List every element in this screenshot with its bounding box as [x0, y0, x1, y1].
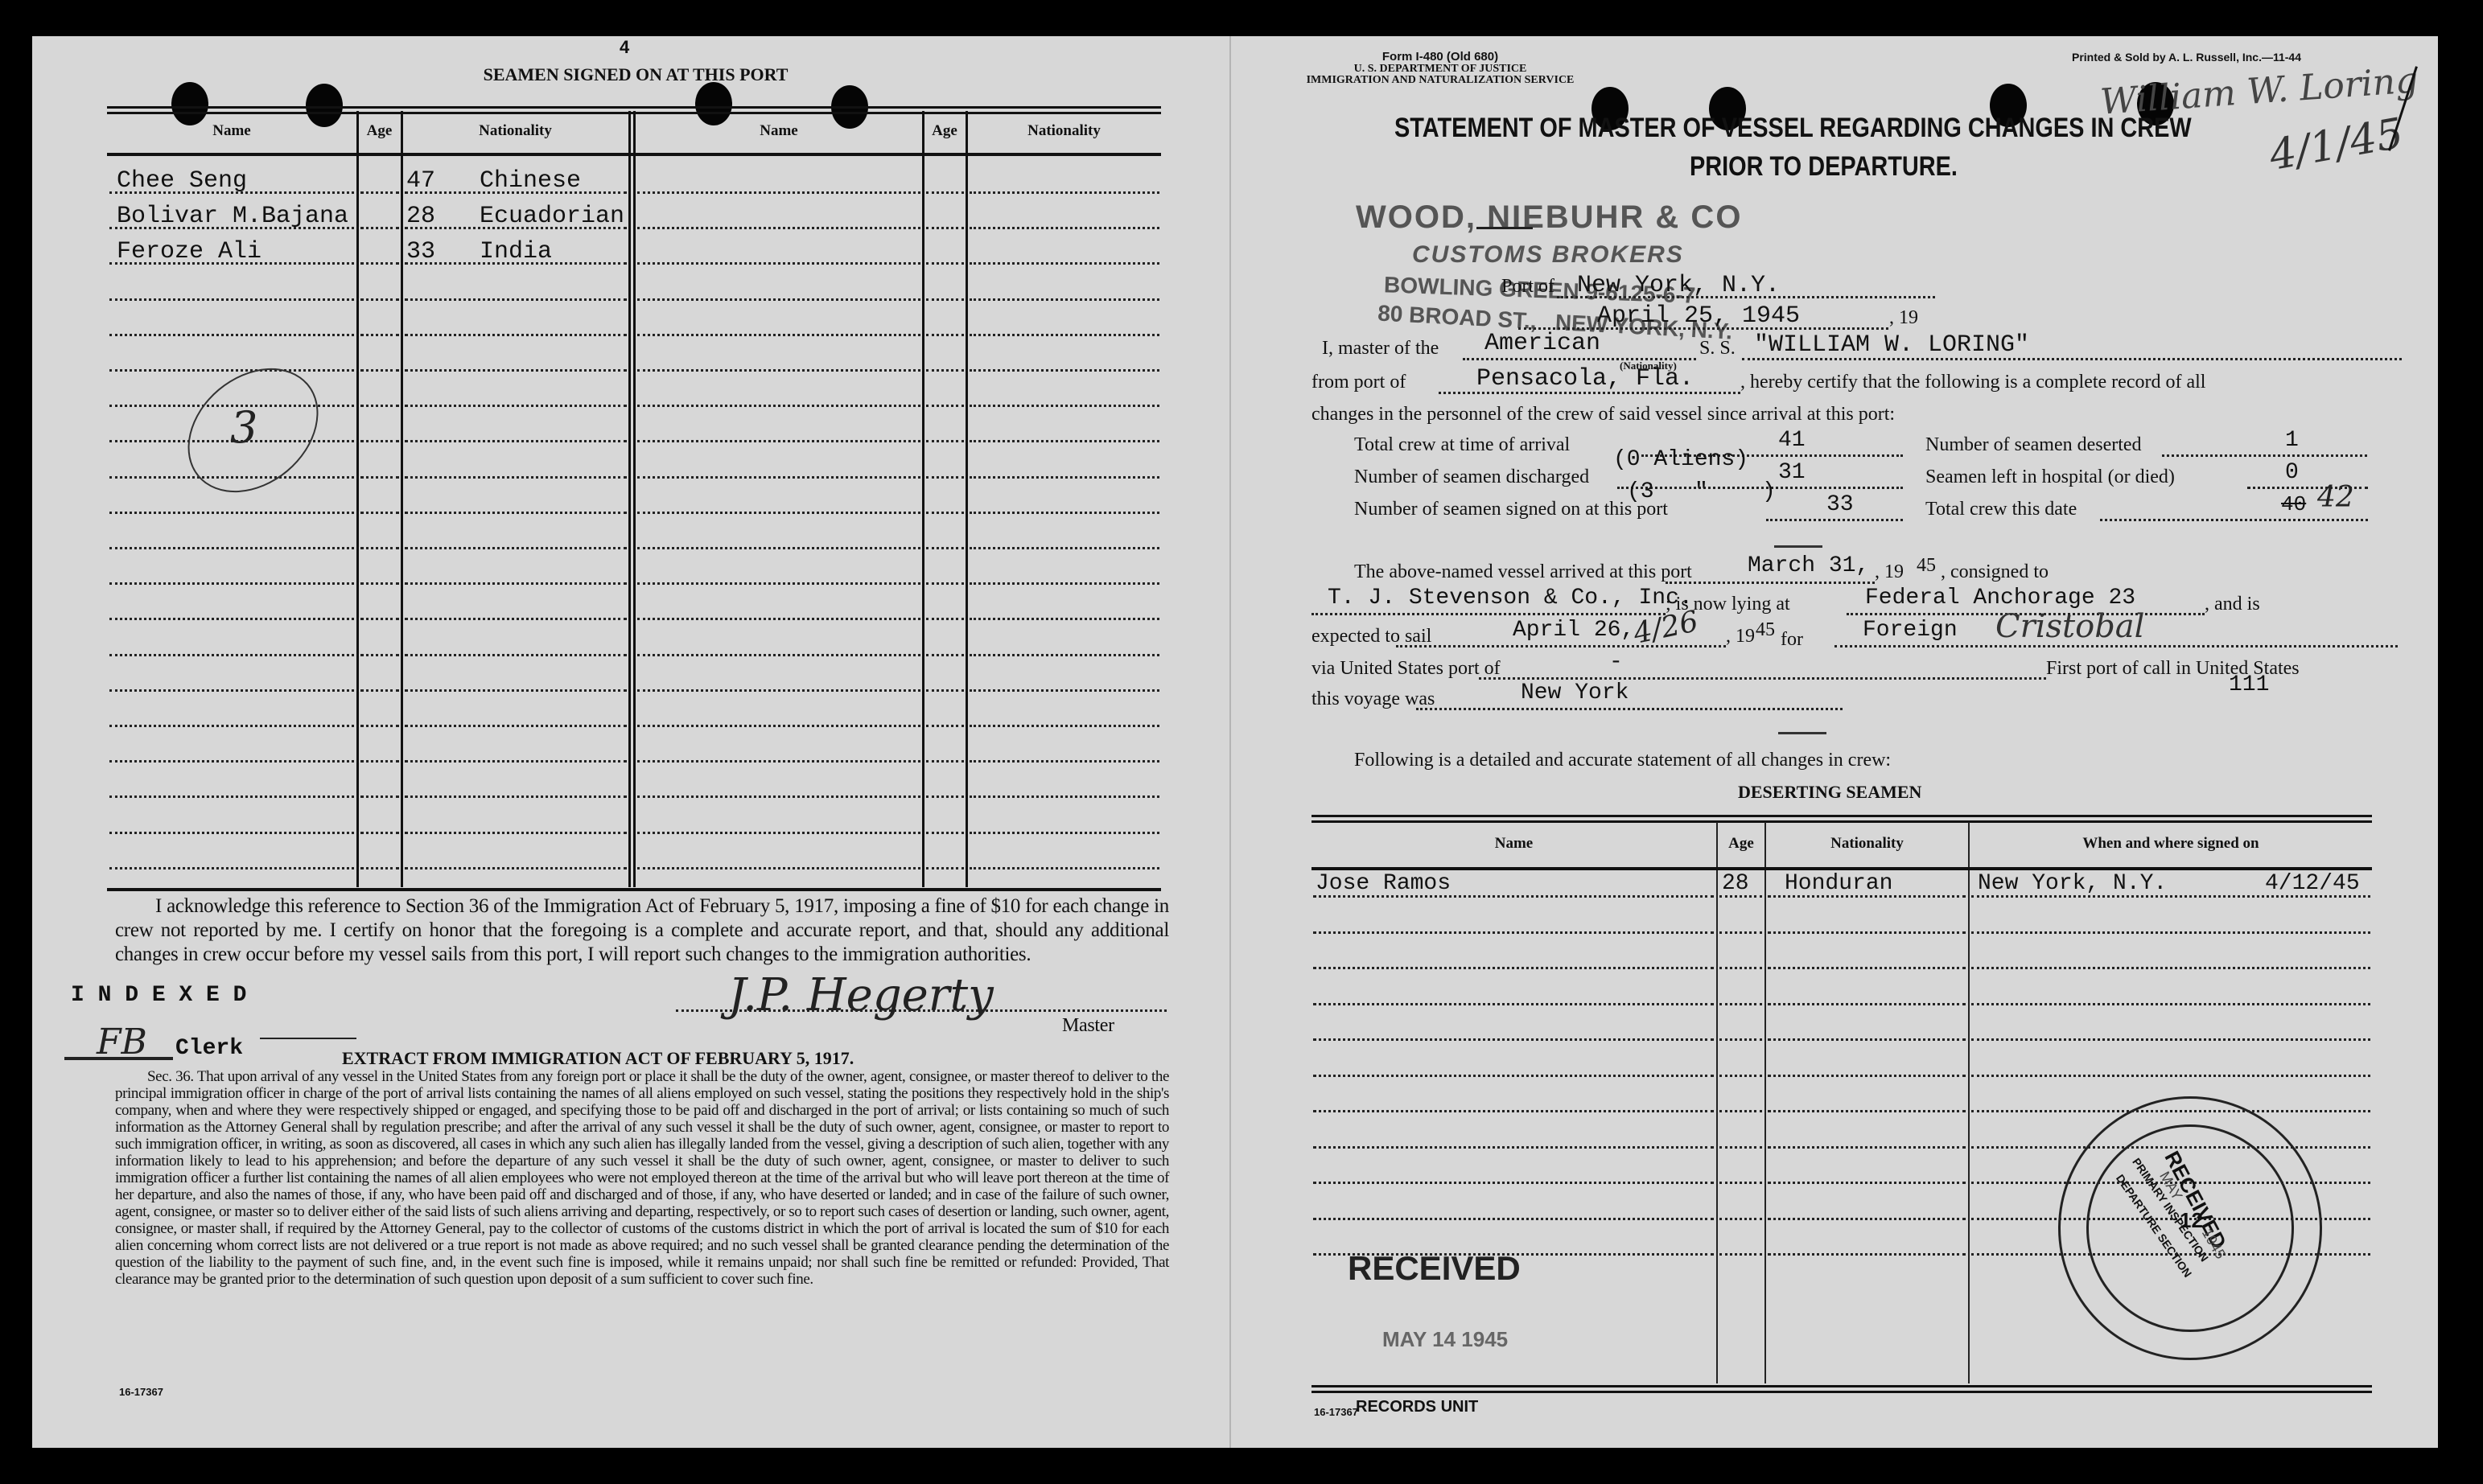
row-dotted-line	[405, 654, 627, 656]
row-dotted-line	[1768, 967, 1966, 969]
row-dotted-line	[405, 867, 627, 869]
row-dotted-line	[1719, 1003, 1762, 1005]
row-dotted-line	[637, 689, 920, 692]
changes-text: changes in the personnel of the crew of …	[1312, 404, 1895, 425]
row-dotted-line	[926, 334, 964, 336]
ss-label: S. S.	[1699, 338, 1736, 360]
col-header-nationality-2: Nationality	[967, 122, 1161, 140]
circled-number: 3	[230, 402, 257, 453]
lying-value: Federal Anchorage 23	[1865, 586, 2135, 610]
seaman-nationality: Chinese	[480, 167, 581, 195]
row-dotted-line	[1719, 895, 1762, 898]
row-dotted-line	[360, 334, 399, 336]
row-dotted-line	[926, 867, 964, 869]
col-divider	[1764, 1102, 1766, 1383]
row-dotted-line	[926, 725, 964, 727]
printer-credit: Printed & Sold by A. L. Russell, Inc.—11…	[2072, 51, 2301, 64]
row-dotted-line	[926, 512, 964, 514]
master-of-label: I, master of the	[1322, 338, 1439, 360]
sail-label: expected to sail	[1312, 626, 1431, 647]
row-dotted-line	[109, 867, 354, 869]
row-dotted-line	[926, 832, 964, 834]
seaman-name: Feroze Ali	[117, 238, 261, 265]
and-is-label: , and is	[2205, 594, 2260, 615]
row-dotted-line	[970, 440, 1159, 442]
consignee: T. J. Stevenson & Co., Inc.	[1328, 586, 1693, 610]
via-line	[1479, 677, 2046, 680]
signed-line	[1766, 519, 1903, 521]
row-dotted-line	[926, 227, 964, 229]
row-dotted-line	[970, 512, 1159, 514]
row-dotted-line	[970, 369, 1159, 372]
form-code: 16-17367	[119, 1386, 163, 1398]
voyage-label: this voyage was	[1312, 689, 1435, 710]
clerk-label: Clerk	[175, 1036, 243, 1061]
page-fold	[1229, 36, 1231, 1448]
row-dotted-line	[405, 476, 627, 479]
row-dotted-line	[1719, 1075, 1762, 1077]
row-dotted-line	[970, 760, 1159, 763]
voyage-line	[1416, 708, 1843, 710]
master-label: Master	[1062, 1015, 1114, 1037]
acknowledgement-text: I acknowledge this reference to Section …	[115, 894, 1169, 967]
row-dotted-line	[637, 440, 920, 442]
row-dotted-line	[1313, 967, 1714, 969]
discharged-value: 31	[1778, 460, 1806, 485]
discharged-label: Number of seamen discharged	[1354, 467, 1589, 488]
page-number: 4	[620, 37, 629, 58]
row-dotted-line	[360, 867, 399, 869]
row-dotted-line	[109, 654, 354, 656]
table-bottom-rule	[107, 888, 1161, 891]
total-date-struck-value: 40	[2281, 492, 2306, 516]
row-dotted-line	[637, 867, 920, 869]
row-dotted-line	[637, 405, 920, 407]
form-id: Form I-480 (Old 680)	[1360, 50, 1521, 64]
row-dotted-line	[109, 334, 354, 336]
deserter-age: 28	[1722, 871, 1749, 896]
received-stamp: RECEIVED	[1348, 1249, 1521, 1288]
row-dotted-line	[109, 512, 354, 514]
deserting-col-name: Name	[1312, 835, 1716, 853]
col-header-name-2: Name	[636, 122, 922, 140]
sail-year: 45	[1756, 619, 1775, 641]
row-dotted-line	[360, 476, 399, 479]
row-dotted-line	[405, 832, 627, 834]
row-dotted-line	[109, 618, 354, 620]
total-arrival-label: Total crew at time of arrival	[1354, 434, 1570, 456]
row-dotted-line	[1313, 895, 1714, 898]
destination-value: Foreign	[1863, 618, 1958, 643]
date-value: April 25, 1945	[1597, 302, 1800, 330]
row-dotted-line	[1313, 1110, 1714, 1112]
row-dotted-line	[360, 618, 399, 620]
row-dotted-line	[637, 725, 920, 727]
row-dotted-line	[360, 440, 399, 442]
row-dotted-line	[926, 654, 964, 656]
row-dotted-line	[926, 369, 964, 372]
certify-text: , hereby certify that the following is a…	[1740, 372, 2205, 393]
records-unit-stamp: RECORDS UNIT	[1356, 1398, 1478, 1416]
row-dotted-line	[1768, 1003, 1966, 1005]
seaman-name: Bolivar M.Bajana	[117, 203, 348, 230]
total-arrival-value: 41	[1778, 428, 1806, 453]
consigned-label: , consigned to	[1941, 561, 2049, 583]
seaman-nationality: Ecuadorian	[480, 203, 624, 230]
row-dotted-line	[970, 476, 1159, 479]
row-dotted-line	[1768, 1182, 1966, 1184]
row-dotted-line	[926, 618, 964, 620]
row-dotted-line	[109, 760, 354, 763]
row-dotted-line	[970, 191, 1159, 194]
col-divider	[1716, 822, 1718, 1104]
row-dotted-line	[405, 618, 627, 620]
row-dotted-line	[970, 795, 1159, 798]
row-dotted-line	[970, 298, 1159, 301]
col-divider	[966, 111, 968, 887]
row-dotted-line	[405, 405, 627, 407]
row-dotted-line	[360, 405, 399, 407]
row-dotted-line	[970, 618, 1159, 620]
row-dotted-line	[1768, 1253, 1966, 1256]
signed-label: Number of seamen signed on at this port	[1354, 499, 1668, 520]
total-date-label: Total crew this date	[1925, 499, 2077, 520]
row-dotted-line	[970, 832, 1159, 834]
row-dotted-line	[360, 760, 399, 763]
row-dotted-line	[1719, 1110, 1762, 1112]
row-dotted-line	[970, 227, 1159, 229]
row-dotted-line	[405, 334, 627, 336]
row-dotted-line	[1971, 1003, 2370, 1005]
deserting-col-where: When and where signed on	[1970, 835, 2372, 853]
row-dotted-line	[405, 512, 627, 514]
row-dotted-line	[637, 832, 920, 834]
first-port-mark: 111	[2229, 672, 2269, 697]
row-dotted-line	[926, 298, 964, 301]
row-dotted-line	[1768, 1038, 1966, 1041]
ship-name: "WILLIAM W. LORING"	[1754, 331, 2029, 359]
row-dotted-line	[405, 440, 627, 442]
row-dotted-line	[109, 795, 354, 798]
row-dotted-line	[405, 760, 627, 763]
row-dotted-line	[926, 760, 964, 763]
row-dotted-line	[109, 689, 354, 692]
row-dotted-line	[926, 582, 964, 585]
deserting-title: DESERTING SEAMEN	[1738, 782, 1921, 803]
col-header-age: Age	[358, 122, 401, 140]
short-rule	[1774, 545, 1822, 548]
arrived-value: March 31,	[1748, 553, 1869, 578]
row-dotted-line	[1313, 1182, 1714, 1184]
row-dotted-line	[405, 689, 627, 692]
sail-line	[1396, 645, 1726, 647]
col-divider	[922, 111, 924, 887]
row-dotted-line	[109, 369, 354, 372]
deserting-col-age: Age	[1718, 835, 1764, 853]
total-date-value: 42	[2317, 481, 2354, 514]
col-divider	[356, 111, 359, 887]
row-dotted-line	[1719, 967, 1762, 969]
deserting-table-bottom-rule	[1312, 1385, 2372, 1393]
nationality-value: American	[1484, 330, 1600, 357]
row-dotted-line	[1971, 967, 2370, 969]
short-rule	[1476, 227, 1533, 229]
punch-hole	[306, 84, 343, 127]
row-dotted-line	[360, 369, 399, 372]
row-dotted-line	[109, 725, 354, 727]
row-dotted-line	[1768, 895, 1966, 898]
row-dotted-line	[637, 227, 920, 229]
row-dotted-line	[1313, 1003, 1714, 1005]
hospital-label: Seamen left in hospital (or died)	[1925, 467, 2175, 488]
row-dotted-line	[970, 689, 1159, 692]
destination-line	[1834, 645, 2398, 647]
row-dotted-line	[926, 405, 964, 407]
total-date-line	[2100, 519, 2368, 521]
sail-value: April 26,	[1513, 618, 1634, 643]
for-label: for	[1781, 629, 1803, 651]
seaman-nationality: India	[480, 238, 552, 265]
row-dotted-line	[1971, 1075, 2370, 1077]
master-signature: J.P. Hegerty	[728, 969, 994, 1022]
form-title: STATEMENT OF MASTER OF VESSEL REGARDING …	[1394, 113, 2192, 144]
row-dotted-line	[637, 476, 920, 479]
row-dotted-line	[360, 582, 399, 585]
received-date: MAY 14 1945	[1382, 1327, 1508, 1352]
section-title: SEAMEN SIGNED ON AT THIS PORT	[434, 64, 837, 85]
seaman-age: 47	[406, 167, 435, 195]
row-dotted-line	[637, 547, 920, 549]
row-dotted-line	[1313, 1218, 1714, 1220]
broker-stamp-line: CUSTOMS BROKERS	[1412, 241, 1684, 269]
row-dotted-line	[405, 582, 627, 585]
row-dotted-line	[970, 725, 1159, 727]
row-dotted-line	[926, 476, 964, 479]
row-dotted-line	[360, 227, 399, 229]
col-divider	[1716, 1102, 1718, 1383]
hospital-value: 0	[2285, 460, 2299, 485]
extract-title: EXTRACT FROM IMMIGRATION ACT OF FEBRUARY…	[342, 1048, 854, 1069]
row-dotted-line	[637, 191, 920, 194]
row-dotted-line	[1719, 1182, 1762, 1184]
col-header-name: Name	[107, 122, 356, 140]
row-dotted-line	[637, 512, 920, 514]
deserter-signed-where: New York, N.Y.	[1978, 871, 2167, 896]
row-dotted-line	[1768, 1110, 1966, 1112]
deserter-name: Jose Ramos	[1316, 871, 1451, 896]
arrived-line	[1666, 582, 1875, 584]
row-dotted-line	[1971, 931, 2370, 934]
signed-value: 33	[1826, 492, 1854, 517]
row-dotted-line	[970, 654, 1159, 656]
row-dotted-line	[360, 547, 399, 549]
right-form-code: 16-17367	[1314, 1406, 1358, 1418]
row-dotted-line	[970, 405, 1159, 407]
following-text: Following is a detailed and accurate sta…	[1354, 750, 1891, 771]
row-dotted-line	[1768, 931, 1966, 934]
deserting-col-nationality: Nationality	[1766, 835, 1968, 853]
row-dotted-line	[637, 760, 920, 763]
row-dotted-line	[1719, 931, 1762, 934]
col-divider	[401, 111, 403, 887]
port-label: Port of	[1501, 276, 1554, 298]
row-dotted-line	[1313, 931, 1714, 934]
row-dotted-line	[1313, 1075, 1714, 1077]
signature-line	[676, 1009, 1167, 1012]
short-rule	[1778, 732, 1826, 734]
row-dotted-line	[637, 654, 920, 656]
seaman-age: 33	[406, 238, 435, 265]
deserter-nationality: Honduran	[1785, 871, 1892, 896]
row-dotted-line	[637, 369, 920, 372]
punch-hole	[171, 82, 208, 125]
clerk-line	[64, 1057, 173, 1060]
divider	[260, 1038, 356, 1039]
indexed-stamp: I N D E X E D	[71, 983, 246, 1008]
row-dotted-line	[970, 262, 1159, 265]
deserted-line	[2162, 454, 2367, 457]
row-dotted-line	[360, 832, 399, 834]
row-dotted-line	[1313, 1146, 1714, 1149]
row-dotted-line	[360, 262, 399, 265]
row-dotted-line	[1719, 1218, 1762, 1220]
row-dotted-line	[926, 262, 964, 265]
via-label: via United States port of	[1312, 658, 1501, 680]
row-dotted-line	[926, 547, 964, 549]
row-dotted-line	[970, 547, 1159, 549]
row-dotted-line	[360, 191, 399, 194]
row-dotted-line	[970, 867, 1159, 869]
arrived-year-prefix: , 19	[1875, 561, 1904, 583]
via-value: -	[1609, 650, 1623, 675]
row-dotted-line	[360, 689, 399, 692]
col-divider	[1968, 1102, 1970, 1383]
consignee-line	[1312, 613, 1666, 615]
row-dotted-line	[405, 795, 627, 798]
deserting-header-rule	[1312, 867, 2372, 870]
row-dotted-line	[970, 582, 1159, 585]
col-divider	[633, 111, 636, 887]
col-divider	[628, 111, 631, 887]
col-divider	[1968, 822, 1970, 1104]
service: IMMIGRATION AND NATURALIZATION SERVICE	[1303, 74, 1577, 87]
row-dotted-line	[970, 334, 1159, 336]
row-dotted-line	[1719, 1253, 1762, 1256]
arrived-label: The above-named vessel arrived at this p…	[1354, 561, 1692, 583]
deserting-table-top-rule	[1312, 815, 2372, 823]
broker-stamp-line: WOOD, NIEBUHR & CO	[1356, 199, 1742, 236]
row-dotted-line	[1971, 1038, 2370, 1041]
row-dotted-line	[637, 298, 920, 301]
header-rule	[107, 153, 1161, 156]
row-dotted-line	[405, 547, 627, 549]
row-dotted-line	[926, 689, 964, 692]
row-dotted-line	[1768, 1075, 1966, 1077]
row-dotted-line	[405, 298, 627, 301]
col-header-age-2: Age	[924, 122, 966, 140]
row-dotted-line	[1313, 1038, 1714, 1041]
row-dotted-line	[1719, 1038, 1762, 1041]
destination-handwritten: Cristobal	[1995, 608, 2144, 645]
discharged-note: (0 Aliens)	[1613, 447, 1748, 472]
row-dotted-line	[1768, 1218, 1966, 1220]
row-dotted-line	[637, 262, 920, 265]
row-dotted-line	[109, 582, 354, 585]
row-dotted-line	[1768, 1146, 1966, 1149]
seaman-name: Chee Seng	[117, 167, 247, 195]
voyage-value: New York	[1521, 680, 1629, 705]
round-date-stamp: RECEIVED MAY 12 1945 PRIMARY INSPECTION …	[2058, 1096, 2322, 1360]
row-dotted-line	[926, 191, 964, 194]
date-suffix: , 19	[1889, 307, 1918, 329]
row-dotted-line	[109, 298, 354, 301]
deserted-value: 1	[2285, 428, 2299, 453]
col-divider	[1764, 822, 1766, 1104]
extract-text: Sec. 36. That upon arrival of any vessel…	[115, 1068, 1169, 1288]
deserter-signed-date: 4/12/45	[2265, 871, 2360, 896]
row-dotted-line	[926, 440, 964, 442]
sail-year-prefix: , 19	[1726, 626, 1755, 647]
port-value: New York, N.Y.	[1577, 272, 1780, 299]
row-dotted-line	[637, 582, 920, 585]
form-subtitle: PRIOR TO DEPARTURE.	[1690, 151, 1958, 183]
row-dotted-line	[360, 654, 399, 656]
row-dotted-line	[1719, 1146, 1762, 1149]
row-dotted-line	[405, 725, 627, 727]
row-dotted-line	[360, 298, 399, 301]
row-dotted-line	[109, 832, 354, 834]
row-dotted-line	[360, 795, 399, 798]
row-dotted-line	[926, 795, 964, 798]
col-header-nationality: Nationality	[402, 122, 628, 140]
row-dotted-line	[637, 795, 920, 798]
row-dotted-line	[360, 725, 399, 727]
row-dotted-line	[1971, 895, 2370, 898]
row-dotted-line	[109, 547, 354, 549]
from-port-label: from port of	[1312, 372, 1406, 393]
deserted-label: Number of seamen deserted	[1925, 434, 2142, 456]
row-dotted-line	[637, 618, 920, 620]
from-port-value: Pensacola, Fla.	[1476, 365, 1694, 393]
punch-hole	[695, 82, 732, 125]
arrived-year: 45	[1917, 555, 1936, 577]
row-dotted-line	[405, 369, 627, 372]
row-dotted-line	[637, 334, 920, 336]
seaman-age: 28	[406, 203, 435, 230]
row-dotted-line	[360, 512, 399, 514]
